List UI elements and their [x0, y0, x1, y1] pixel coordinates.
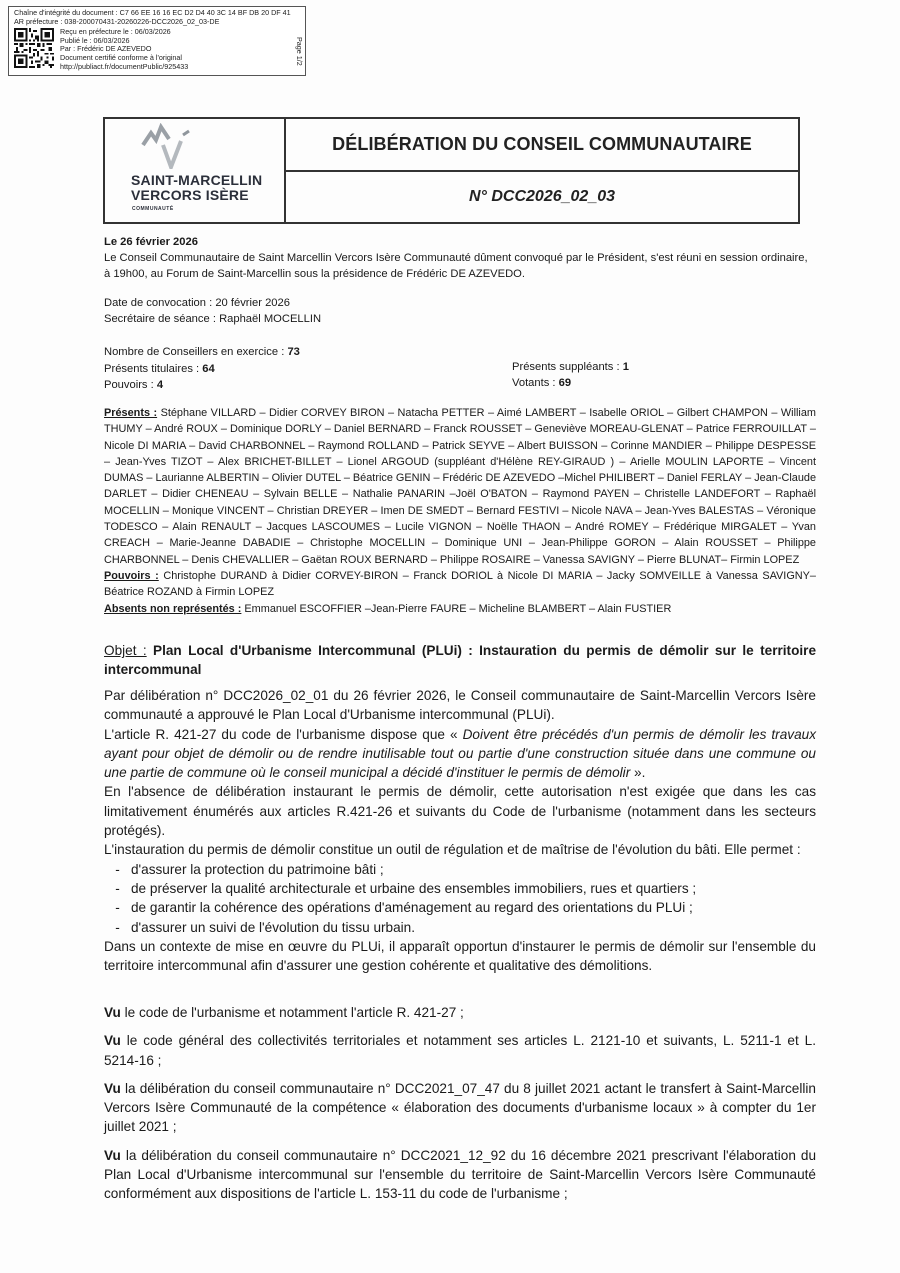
- meeting-date: Le 26 février 2026: [104, 234, 816, 250]
- document-title: DÉLIBÉRATION DU CONSEIL COMMUNAUTAIRE: [286, 119, 798, 172]
- list-item: d'assurer la protection du patrimoine bâ…: [104, 860, 816, 879]
- deliberation-body: Objet : Plan Local d'Urbanisme Intercomm…: [104, 641, 816, 975]
- proxies-list: Pouvoirs : Christophe DURAND à Didier CO…: [104, 568, 816, 601]
- paragraph-2: L'article R. 421-27 du code de l'urbanis…: [104, 725, 816, 783]
- consideration-item: Vu la délibération du conseil communauta…: [104, 1146, 816, 1204]
- paragraph-4: L'instauration du permis de démolir cons…: [104, 840, 816, 859]
- mountains-mv-logo-icon: [139, 123, 199, 169]
- convocation-date: Date de convocation : 20 février 2026: [104, 295, 816, 311]
- qr-code-icon: [14, 28, 54, 68]
- paragraph-1: Par délibération n° DCC2026_02_01 du 26 …: [104, 686, 816, 725]
- subject: Objet : Plan Local d'Urbanisme Intercomm…: [104, 641, 816, 679]
- present-titular-count: Présents titulaires : 64: [104, 361, 512, 378]
- logo: SAINT-MARCELLIN VERCORS ISÈRE COMMUNAUTÉ: [105, 119, 286, 222]
- list-item: de garantir la cohérence des opérations …: [104, 898, 816, 917]
- quorum-figures: Nombre de Conseillers en exercice : 73 P…: [104, 344, 816, 394]
- list-item: de préserver la qualité architecturale e…: [104, 879, 816, 898]
- voters-count: Votants : 69: [512, 375, 571, 394]
- certification-stamp: Chaîne d'intégrité du document : C7 66 E…: [8, 6, 306, 76]
- document-url[interactable]: http://publiact.fr/documentPublic/925433: [60, 63, 300, 72]
- document-header: SAINT-MARCELLIN VERCORS ISÈRE COMMUNAUTÉ…: [103, 117, 800, 224]
- page-indicator: Page 1/2: [293, 31, 303, 71]
- paragraph-5: Dans un contexte de mise en œuvre du PLU…: [104, 937, 816, 976]
- logo-line-2: VERCORS ISÈRE: [131, 187, 249, 203]
- present-list: Présents : Stéphane VILLARD – Didier COR…: [104, 405, 816, 568]
- deliberation-number: N° DCC2026_02_03: [286, 172, 798, 222]
- purpose-list: d'assurer la protection du patrimoine bâ…: [104, 860, 816, 937]
- logo-line-1: SAINT-MARCELLIN: [131, 172, 262, 188]
- proxies-count: Pouvoirs : 4: [104, 377, 512, 394]
- paragraph-3: En l'absence de délibération instaurant …: [104, 782, 816, 840]
- session-secretary: Secrétaire de séance : Raphaël MOCELLIN: [104, 311, 816, 327]
- ar-prefecture: AR préfecture : 038-200070431-20260226-D…: [14, 18, 300, 27]
- in-office-count: Nombre de Conseillers en exercice : 73: [104, 344, 512, 361]
- consideration-item: Vu le code de l'urbanisme et notamment l…: [104, 1003, 816, 1022]
- attendance-lists: Présents : Stéphane VILLARD – Didier COR…: [104, 405, 816, 617]
- list-item: d'assurer un suivi de l'évolution du tis…: [104, 918, 816, 937]
- consideration-item: Vu le code général des collectivités ter…: [104, 1031, 816, 1070]
- meeting-intro: Le Conseil Communautaire de Saint Marcel…: [104, 250, 816, 282]
- convocation-info: Date de convocation : 20 février 2026 Se…: [104, 295, 816, 327]
- meeting-info: Le 26 février 2026 Le Conseil Communauta…: [104, 234, 816, 283]
- considerations: Vu le code de l'urbanisme et notamment l…: [104, 1003, 816, 1213]
- absent-list: Absents non représentés : Emmanuel ESCOF…: [104, 601, 816, 617]
- consideration-item: Vu la délibération du conseil communauta…: [104, 1079, 816, 1137]
- logo-line-3: COMMUNAUTÉ: [132, 206, 174, 212]
